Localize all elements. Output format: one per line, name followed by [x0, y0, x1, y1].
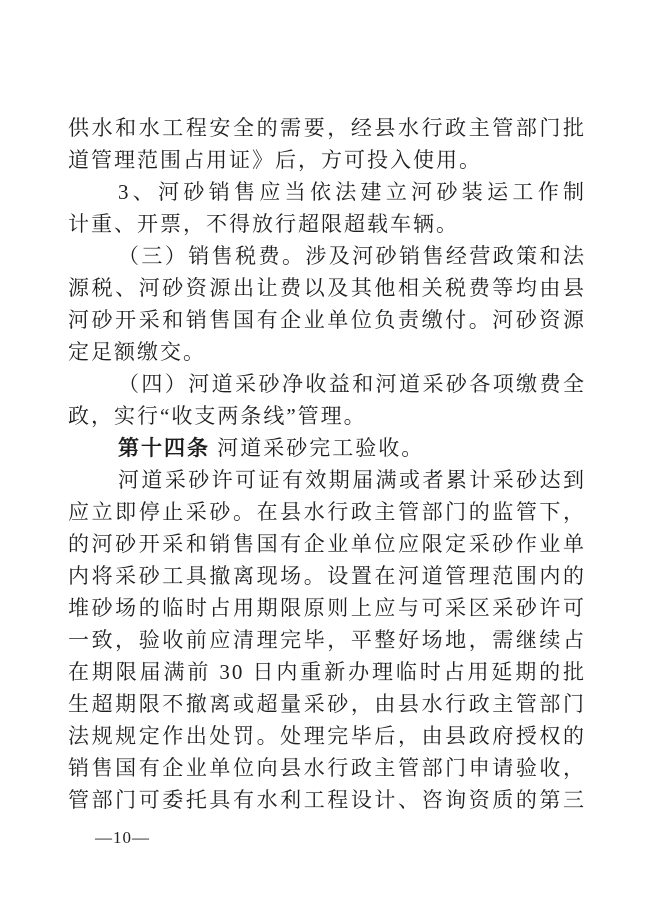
- text-line: 生超期限不撤离或超量采砂，由县水行政主管部门按相关法律: [68, 688, 586, 720]
- text-segment: 生超期限不撤离或超量采砂，由县水行政主管部门按相关法律: [68, 692, 586, 720]
- text-line: 在期限届满前 30 日内重新办理临时占用延期的批准手续。如发: [68, 656, 586, 688]
- text-segment: 管部门可委托具有水利工程设计、咨询资质的第三方单位评估，: [68, 788, 586, 816]
- text-segment: 一致，验收前应清理完毕，平整好场地，需继续占用的，应当: [68, 628, 586, 656]
- text-segment: 内将采砂工具撤离现场。设置在河道管理范围内的可采区配套: [68, 564, 586, 592]
- text-line: 定足额缴交。: [68, 336, 586, 368]
- text-segment: 定足额缴交。: [68, 340, 206, 364]
- text-line: 河道采砂许可证有效期届满或者累计采砂达到规定总量的: [68, 464, 586, 496]
- document-body: 供水和水工程安全的需要，经县水行政主管部门批准，领取《河道管理范围占用证》后，方…: [68, 112, 586, 816]
- text-line: 一致，验收前应清理完毕，平整好场地，需继续占用的，应当: [68, 624, 586, 656]
- text-line: 法规规定作出处罚。处理完毕后，由县政府授权的河砂开采和: [68, 720, 586, 752]
- page-number: —10—: [95, 828, 150, 848]
- text-line: 政，实行“收支两条线”管理。: [68, 400, 586, 432]
- text-segment: 计重、开票，不得放行超限超载车辆。: [68, 212, 459, 236]
- text-line: 应立即停止采砂。在县水行政主管部门的监管下，县政府授权: [68, 496, 586, 528]
- text-segment: （四）河道采砂净收益和河道采砂各项缴费全额上缴县财: [118, 372, 586, 400]
- text-line: 供水和水工程安全的需要，经县水行政主管部门批准，领取《河: [68, 112, 586, 144]
- text-line: 道管理范围占用证》后，方可投入使用。: [68, 144, 586, 176]
- text-segment: 销售国有企业单位向县水行政主管部门申请验收，县水行政主: [68, 756, 586, 784]
- document-page: 供水和水工程安全的需要，经县水行政主管部门批准，领取《河道管理范围占用证》后，方…: [0, 0, 652, 923]
- text-line: 第十四条 河道采砂完工验收。: [68, 432, 586, 464]
- bold-text-segment: 第十四条: [118, 436, 210, 460]
- text-segment: 河道采砂完工验收。: [210, 436, 424, 460]
- text-line: 销售国有企业单位向县水行政主管部门申请验收，县水行政主: [68, 752, 586, 784]
- text-segment: 河道采砂许可证有效期届满或者累计采砂达到规定总量的: [118, 468, 586, 496]
- text-segment: 的河砂开采和销售国有企业单位应限定采砂作业单位在 10 天: [68, 532, 586, 560]
- text-line: 源税、河砂资源出让费以及其他相关税费等均由县政府授权的: [68, 272, 586, 304]
- text-segment: 应立即停止采砂。在县水行政主管部门的监管下，县政府授权: [68, 500, 586, 528]
- text-line: 河砂开采和销售国有企业单位负责缴付。河砂资源出让费按规: [68, 304, 586, 336]
- text-line: 3、河砂销售应当依法建立河砂装运工作制度，按规定装载、: [68, 176, 586, 208]
- text-line: 管部门可委托具有水利工程设计、咨询资质的第三方单位评估，: [68, 784, 586, 816]
- text-segment: 道管理范围占用证》后，方可投入使用。: [68, 148, 482, 172]
- text-line: 内将采砂工具撤离现场。设置在河道管理范围内的可采区配套: [68, 560, 586, 592]
- text-segment: 堆砂场的临时占用期限原则上应与可采区采砂许可证期限保持: [68, 596, 586, 624]
- text-segment: 政，实行“收支两条线”管理。: [68, 404, 367, 428]
- text-line: 堆砂场的临时占用期限原则上应与可采区采砂许可证期限保持: [68, 592, 586, 624]
- text-segment: 源税、河砂资源出让费以及其他相关税费等均由县政府授权的: [68, 276, 586, 304]
- text-segment: （三）销售税费。涉及河砂销售经营政策和法定应付的资: [118, 244, 586, 272]
- text-line: （四）河道采砂净收益和河道采砂各项缴费全额上缴县财: [68, 368, 586, 400]
- text-segment: 供水和水工程安全的需要，经县水行政主管部门批准，领取《河: [68, 116, 586, 144]
- text-line: 计重、开票，不得放行超限超载车辆。: [68, 208, 586, 240]
- text-segment: 法规规定作出处罚。处理完毕后，由县政府授权的河砂开采和: [68, 724, 586, 752]
- text-line: （三）销售税费。涉及河砂销售经营政策和法定应付的资: [68, 240, 586, 272]
- text-segment: 河砂开采和销售国有企业单位负责缴付。河砂资源出让费按规: [68, 308, 586, 336]
- text-segment: 在期限届满前 30 日内重新办理临时占用延期的批准手续。如发: [68, 660, 586, 688]
- text-line: 的河砂开采和销售国有企业单位应限定采砂作业单位在 10 天: [68, 528, 586, 560]
- text-segment: 3、河砂销售应当依法建立河砂装运工作制度，按规定装载、: [118, 180, 586, 208]
